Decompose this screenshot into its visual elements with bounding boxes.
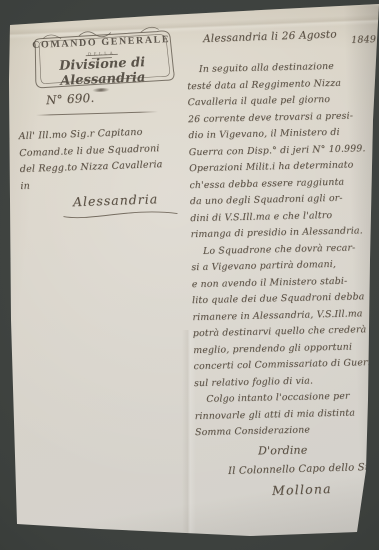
address-block: All' Ill.mo Sig.r CapitanoComand.te li d…	[18, 123, 196, 223]
paragraph-1: In seguito alla destinazionetesté data a…	[187, 58, 379, 244]
dateline-year: 1849	[351, 34, 376, 46]
dateline-place-date: Alessandria li 26 Agosto	[203, 28, 337, 45]
paragraph-3: Colgo intanto l'occasione perrinnovarle …	[194, 388, 379, 442]
closing-d-ordine: D'ordine	[258, 444, 308, 458]
letter-body: In seguito alla destinazionetesté data a…	[187, 58, 379, 442]
photo-of-letter: COMANDO GENERALE DELLA Divisione di Ales…	[0, 0, 379, 550]
letterhead-cartouche: COMANDO GENERALE DELLA Divisione di Ales…	[25, 25, 180, 96]
paragraph-2: Lo Squadrone che dovrà recar-si a Vigeva…	[191, 239, 379, 392]
address-lines: All' Ill.mo Sig.r CapitanoComand.te li d…	[18, 123, 195, 195]
signature: Mollona	[272, 481, 332, 498]
text-line: Somma Considerazione	[195, 421, 379, 442]
protocol-number: N° 690.	[46, 91, 95, 108]
protocol-underline	[36, 111, 158, 116]
closing-title-line: Il Colonnello Capo dello Stato Maggiore	[228, 460, 379, 477]
letter-sheet: COMANDO GENERALE DELLA Divisione di Ales…	[0, 0, 379, 550]
